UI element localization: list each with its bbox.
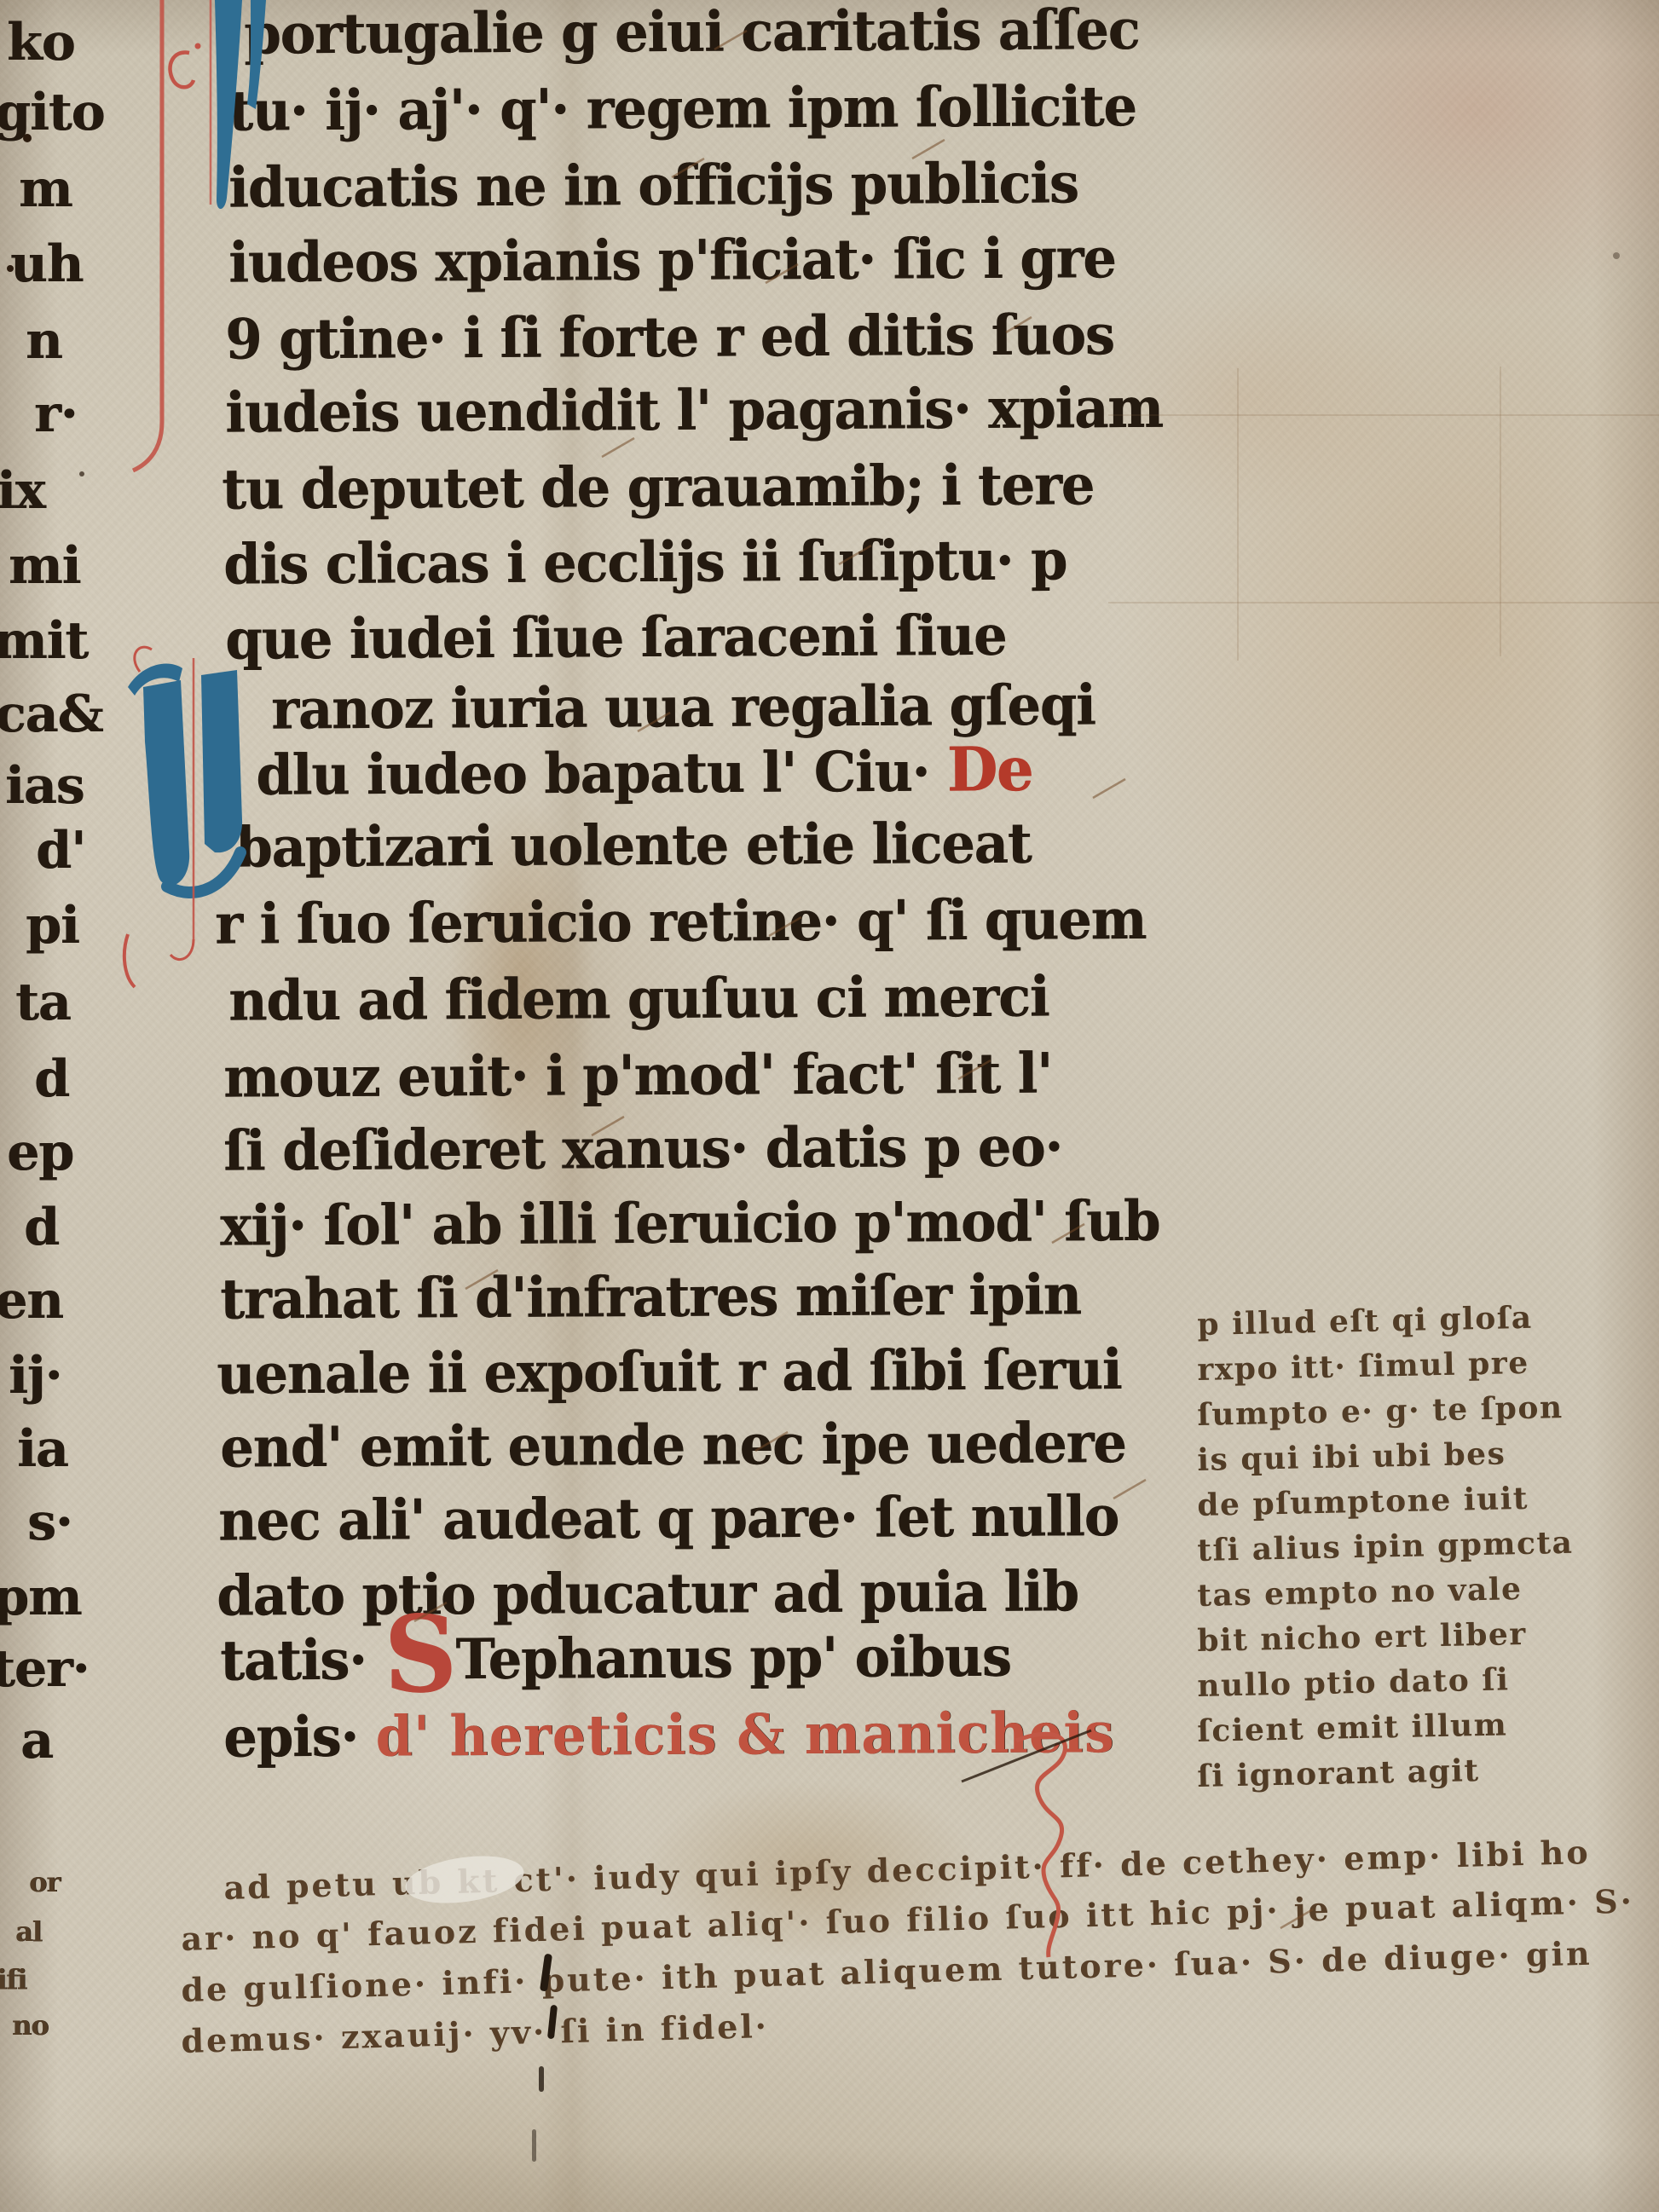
main-text-line: end' emit eunde nec ipe uedere: [220, 1415, 1126, 1476]
rubric-text: d' hereticis & manicheis: [375, 1700, 1115, 1769]
left-fragment: ij·: [9, 1350, 61, 1401]
margin-gloss-line: tas empto no vale: [1197, 1574, 1523, 1611]
margin-gloss-line: de pſumptone iuit: [1197, 1483, 1529, 1521]
left-fragment: uh: [10, 239, 83, 290]
margin-gloss-line: nullo ptio dato ſi: [1197, 1664, 1510, 1701]
red-highlight-de: De: [947, 734, 1033, 806]
main-text-line: iducatis ne in officijs publicis: [228, 156, 1078, 216]
main-text-line: portugalie g eiui caritatis aſſec: [244, 3, 1140, 63]
left-fragment: d': [36, 825, 85, 876]
left-note-fragment: or: [29, 1868, 60, 1896]
main-text-line: nec ali' audeat q pare· ſet nullo: [218, 1488, 1119, 1549]
margin-gloss-line: ſi ignorant agit: [1197, 1755, 1480, 1792]
left-note-fragment: ifi: [0, 1966, 26, 1993]
margin-gloss-line: p illud eſt qi gloſa: [1197, 1302, 1533, 1340]
left-fragment: mit: [0, 615, 88, 667]
left-fragment: ia: [17, 1424, 68, 1475]
main-text-line: r i ſuo ſeruicio retine· q' ſi quem: [215, 892, 1146, 952]
main-text-line: que iudei ſiue ſaraceni ſiue: [225, 608, 1007, 667]
manuscript-page: ko gito m uh n r· ix mi mit ca& ias d' p…: [0, 0, 1659, 2212]
left-fragment: pi: [26, 900, 79, 951]
main-text-line: ndu ad fidem guſuu ci merci: [228, 969, 1049, 1029]
red-pilcrow-curl: [170, 52, 194, 87]
main-text-line: baptizari uolente etie liceat: [235, 816, 1032, 875]
main-text-line: dis clicas i ecclijs ii ſuſiptu· p: [223, 533, 1066, 592]
ruling-grid: [1108, 367, 1659, 661]
left-fragment: ko: [7, 17, 75, 68]
left-note-fragment: al: [15, 1918, 42, 1945]
main-text-line: iudeis uendidit l' paganis· xpiam: [225, 380, 1163, 441]
left-fragment: ca&: [0, 689, 103, 740]
main-text-line: 9 gtine· i ſi forte r ed ditis ſuos: [225, 308, 1114, 368]
left-fragment: ix: [0, 465, 45, 517]
main-text-line: ranoz iuria uua regalia gſeqi: [271, 678, 1095, 737]
left-fragment: d: [34, 1054, 69, 1105]
main-text-line: ſi deſideret xanus· datis p eo·: [223, 1119, 1062, 1179]
red-ruling-line: [133, 0, 162, 471]
left-fragment: ta: [15, 977, 71, 1028]
main-text-line: dato ptio pducatur ad puia lib: [217, 1564, 1078, 1624]
main-text-line: tu· ij· aj'· q'· regem ipm ſollicite: [228, 78, 1136, 139]
main-text-line: mouz euit· i p'mod' fact' ſit l': [223, 1046, 1052, 1106]
margin-gloss-line: tſi alius ipin gpmcta: [1197, 1528, 1574, 1566]
bottom-note-line: demus· zxauij· yv· ſi in fidel·: [181, 2010, 769, 2058]
left-fragment: m: [19, 164, 72, 215]
margin-gloss-line: rxpo itt· ſimul pre: [1197, 1348, 1529, 1385]
margin-gloss-line: bit nicho ert liber: [1197, 1619, 1527, 1656]
main-text-line: tu deputet de grauamib; i tere: [222, 458, 1094, 517]
left-note-fragment: no: [12, 2012, 49, 2039]
left-fragment: ep: [7, 1127, 73, 1178]
left-fragment: pm: [0, 1572, 81, 1623]
left-fragment: en: [0, 1275, 63, 1326]
left-fragment: s·: [27, 1497, 72, 1548]
left-fragment: d: [24, 1202, 59, 1253]
left-fragment: ter·: [0, 1643, 89, 1695]
left-fragment: n: [26, 315, 62, 367]
margin-gloss-line: ſcient emit illum: [1197, 1709, 1508, 1747]
left-fragment: mi: [9, 540, 80, 592]
left-fragment: ias: [5, 760, 84, 811]
red-pilcrow-dot: [195, 43, 201, 49]
main-text-line: trahat ſi d'infratres miſer ipin: [220, 1268, 1081, 1327]
main-text-line: uenale ii expoſuit r ad ſibi ſerui: [217, 1342, 1121, 1402]
margin-gloss-line: is qui ibi ubi bes: [1197, 1438, 1506, 1476]
main-text-line: tatis· STephanus pp' oibus: [220, 1629, 1011, 1689]
left-fragment: r·: [34, 389, 78, 440]
rubric-line: epis· d' hereticis & manicheis: [223, 1706, 1115, 1766]
main-text-line: dlu iudeo bapatu l' Ciu· De: [256, 739, 1032, 804]
main-text-line: iudeos xpianis p'ficiat· ſic i gre: [228, 231, 1116, 292]
left-fragment: gito: [0, 87, 104, 138]
red-margin-hook: [124, 934, 135, 987]
margin-gloss-line: ſumpto e· g· te ſpon: [1197, 1392, 1564, 1430]
left-fragment: a: [20, 1715, 53, 1766]
main-text-line: xij· ſol' ab illi ſeruicio p'mod' ſub: [220, 1193, 1159, 1254]
